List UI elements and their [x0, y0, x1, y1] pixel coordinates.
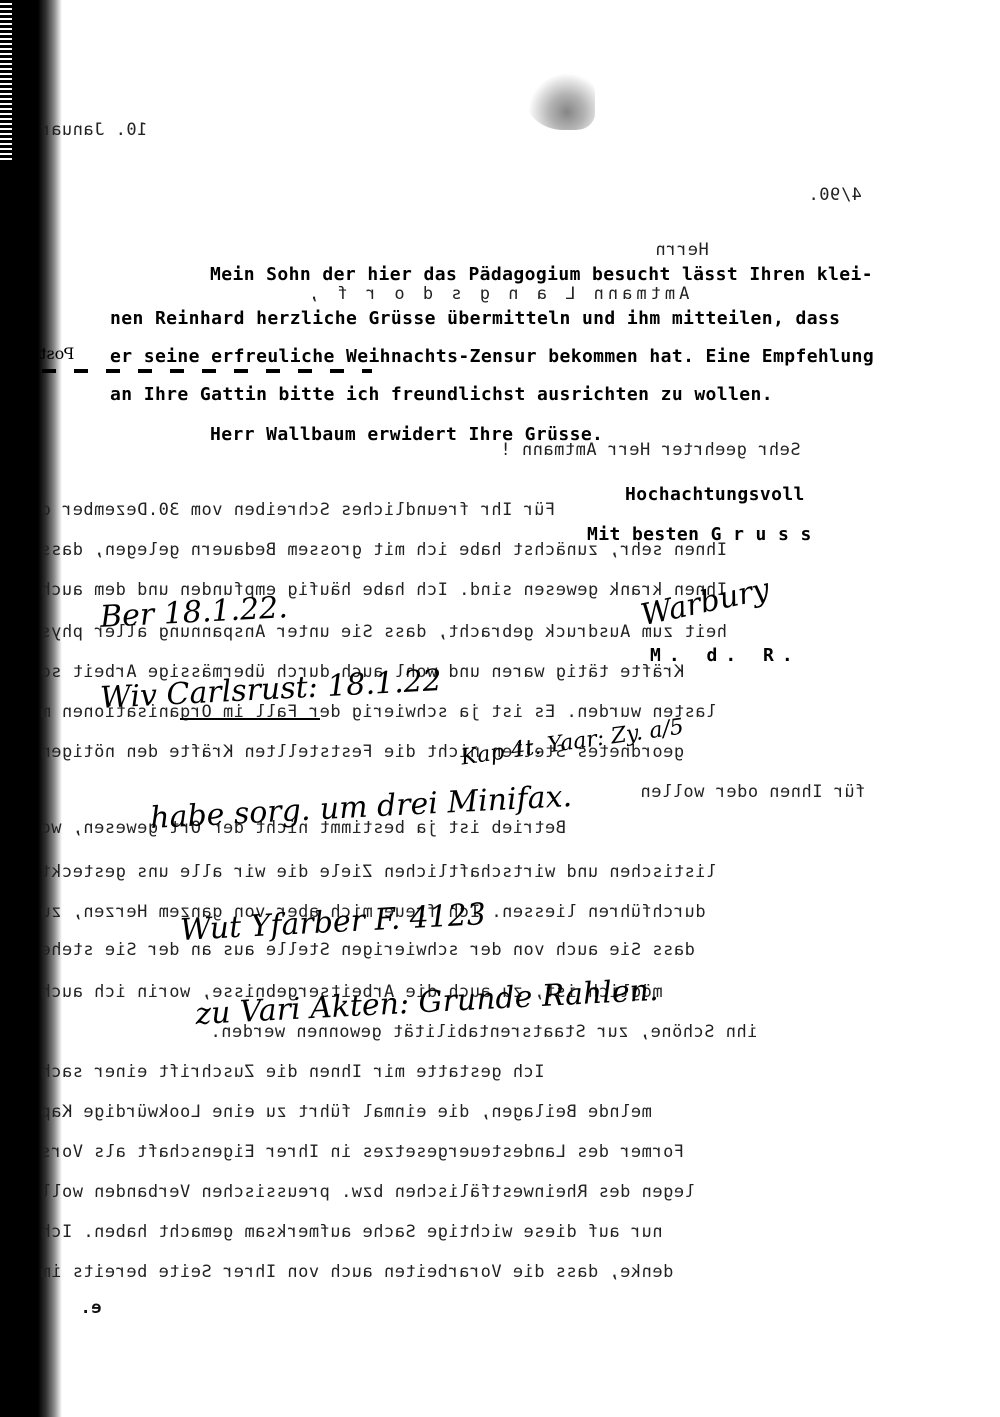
- bleed-line: dass Sie auch von der schwierigen Stelle…: [40, 940, 695, 960]
- bleed-line: Ich gestatte mir Ihnen die Zuschrift ein…: [40, 1062, 545, 1082]
- typed-line: Herr Wallbaum erwidert Ihre Grüsse.: [210, 424, 603, 445]
- bleed-line: e.: [80, 1298, 101, 1318]
- handwritten-underline: [180, 718, 320, 720]
- bleed-line: Former des Landesteuergesetzes in Ihrer …: [40, 1142, 684, 1162]
- bleed-line: legen des Rheinwestfälischen bzw. preuss…: [40, 1182, 695, 1202]
- bleed-ref: 4/90.: [808, 185, 862, 205]
- bleed-line: für Ihnen oder wollen: [640, 782, 865, 802]
- closing-greeting: Mit besten G r u s s: [587, 524, 812, 545]
- closing: Hochachtungsvoll: [625, 484, 805, 505]
- initials: M. d. R.: [650, 645, 801, 666]
- bleed-line: denke, dass die Vorarbeiten auch von Ihr…: [40, 1262, 673, 1282]
- typed-line: an Ihre Gattin bitte ich freundlichst au…: [110, 384, 773, 405]
- bleed-addressee: Amtmann L a n g s d o r f ,: [305, 284, 689, 304]
- bleed-line: Für Ihr freundliches Schreiben vom 30.De…: [40, 500, 555, 520]
- scan-edge-noise: [0, 0, 12, 160]
- dashed-line: [42, 369, 372, 373]
- bleed-line: nur auf diese wichtige Sache aufmerksam …: [40, 1222, 663, 1242]
- bleed-herrn: Herrn: [655, 240, 709, 260]
- bleed-line: listischen und wirtschaftlichen Ziele di…: [40, 862, 716, 882]
- typed-line: er seine erfreuliche Weihnachts-Zensur b…: [110, 346, 874, 367]
- bleed-date: 10. Januar: [40, 120, 147, 140]
- handwritten-note: Kap 4t. Yaar: Zy. a/5: [459, 714, 685, 770]
- bleed-line: melnde Beilagen, die einmal führt zu ein…: [40, 1102, 652, 1122]
- bleed-margin-post: Post: [40, 344, 74, 363]
- ink-smudge: [525, 70, 595, 130]
- typed-line: nen Reinhard herzliche Grüsse übermittel…: [110, 308, 840, 329]
- typed-line: Mein Sohn der hier das Pädagogium besuch…: [210, 264, 873, 285]
